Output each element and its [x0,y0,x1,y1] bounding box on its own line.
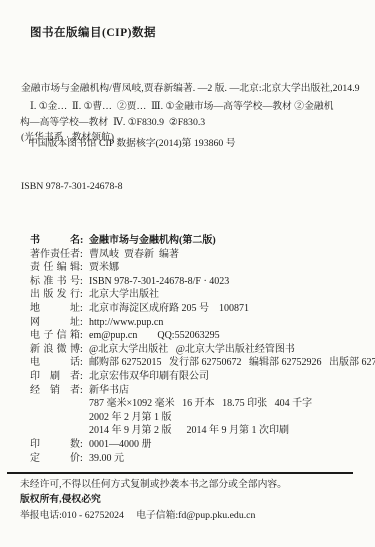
info-label: 网址 [30,316,80,330]
copyright-notice: 未经许可,不得以任何方式复制或抄袭本书之部分或全部内容。 版权所有,侵权必究 举… [20,477,367,523]
info-label: 印刷者 [30,370,80,384]
info-colon: : [80,343,89,357]
info-row-distributor: 经销者:新华书店 [30,384,371,398]
info-value: 北京宏伟双华印刷有限公司 [89,370,209,384]
info-value: 贾米娜 [89,261,119,275]
info-value: ISBN 978-7-301-24678-8/F · 4023 [89,275,229,289]
info-label: 经销者 [30,384,80,398]
divider-rule [7,472,353,474]
info-colon: : [80,356,89,370]
info-label: 著作责任者 [30,248,80,262]
info-colon: : [80,234,89,248]
info-value: em@pup.cn QQ:552063295 [89,329,220,343]
info-row-publisher: 出版发行:北京大学出版社 [30,288,371,302]
info-colon: : [80,288,89,302]
info-colon: : [80,248,89,262]
info-value: 金融市场与金融机构(第二版) [89,234,216,248]
info-colon: : [80,384,89,398]
book-info-list: 书名:金融市场与金融机构(第二版) 著作责任者:曹凤岐 贾春新 编著 责任编辑:… [30,234,371,465]
info-colon: : [80,302,89,316]
info-value: 0001—4000 册 [89,438,152,452]
info-value: 邮购部 62752015 发行部 62750672 编辑部 62752926 出… [89,356,375,370]
info-row-address: 地址:北京市海淀区成府路 205 号 100871 [30,302,371,316]
info-row-print-run: 印数:0001—4000 册 [30,438,371,452]
info-label: 定价 [30,452,80,466]
cip-isbn-line: ISBN 978-7-301-24678-8 [21,179,367,195]
info-row-isbn: 标准书号:ISBN 978-7-301-24678-8/F · 4023 [30,275,371,289]
cip-classification: Ⅰ. ①金… Ⅱ. ①曹… ②贾… Ⅲ. ①金融市场—高等学校—教材 ②金融机 … [20,99,367,131]
info-label: 责任编辑 [30,261,80,275]
info-label: 书名 [30,234,80,248]
info-value: 787 毫米×1092 毫米 16 开本 18.75 印张 404 千字 [89,397,312,411]
info-value: 北京市海淀区成府路 205 号 100871 [89,302,249,316]
info-colon: : [80,452,89,466]
cip-class-line1: Ⅰ. ①金… Ⅱ. ①曹… ②贾… Ⅲ. ①金融市场—高等学校—教材 ②金融机 [20,99,367,115]
info-row-price: 定价:39.00 元 [30,452,371,466]
info-colon: : [80,261,89,275]
cip-class-line2: 构—高等学校—教材 Ⅳ. ①F830.9 ②F830.3 [20,115,367,131]
info-colon: : [80,316,89,330]
info-value: 新华书店 [89,384,129,398]
info-colon: : [80,275,89,289]
info-value: 北京大学出版社 [89,288,159,302]
info-value: @北京大学出版社 @北京大学出版社经管图书 [89,343,295,357]
rights-reserved-line: 版权所有,侵权必究 [20,492,367,507]
copyright-page: 图书在版编目(CIP)数据 金融市场与金融机构/曹凤岐,贾春新编著. —2 版.… [0,0,375,547]
info-label: 地址 [30,302,80,316]
info-label: 新浪微博 [30,343,80,357]
info-row-editor: 责任编辑:贾米娜 [30,261,371,275]
info-label: 电子信箱 [30,329,80,343]
info-row-email: 电子信箱:em@pup.cn QQ:552063295 [30,329,371,343]
cip-title-line: 金融市场与金融机构/曹凤岐,贾春新编著. —2 版. —北京:北京大学出版社,2… [21,81,367,97]
info-row-format: 787 毫米×1092 毫米 16 开本 18.75 印张 404 千字 [30,397,371,411]
info-colon: : [80,438,89,452]
cip-record-number: 中国版本图书馆 CIP 数据核字(2014)第 193860 号 [28,135,236,149]
info-label: 印数 [30,438,80,452]
info-value: 曹凤岐 贾春新 编著 [89,248,179,262]
info-value: 2014 年 9 月第 2 版 2014 年 9 月第 1 次印刷 [89,424,289,438]
info-row-weibo: 新浪微博:@北京大学出版社 @北京大学出版社经管图书 [30,343,371,357]
info-colon: : [80,370,89,384]
info-label: 出版发行 [30,288,80,302]
info-label: 电话 [30,356,80,370]
info-value: 39.00 元 [89,452,124,466]
info-row-website: 网址:http://www.pup.cn [30,316,371,330]
cip-heading: 图书在版编目(CIP)数据 [30,24,156,40]
notice-line: 未经许可,不得以任何方式复制或抄袭本书之部分或全部内容。 [20,477,367,492]
info-row-phones: 电话:邮购部 62752015 发行部 62750672 编辑部 6275292… [30,356,371,370]
info-row-authors: 著作责任者:曹凤岐 贾春新 编著 [30,248,371,262]
info-row-second-edition: 2014 年 9 月第 2 版 2014 年 9 月第 1 次印刷 [30,424,371,438]
info-row-title: 书名:金融市场与金融机构(第二版) [30,234,371,248]
info-colon: : [80,329,89,343]
report-contact-line: 举报电话:010 - 62752024 电子信箱:fd@pup.pku.edu.… [20,508,367,523]
info-value: 2002 年 2 月第 1 版 [89,411,172,425]
info-value: http://www.pup.cn [89,316,163,330]
info-row-first-edition: 2002 年 2 月第 1 版 [30,411,371,425]
info-row-printer: 印刷者:北京宏伟双华印刷有限公司 [30,370,371,384]
info-label: 标准书号 [30,275,80,289]
